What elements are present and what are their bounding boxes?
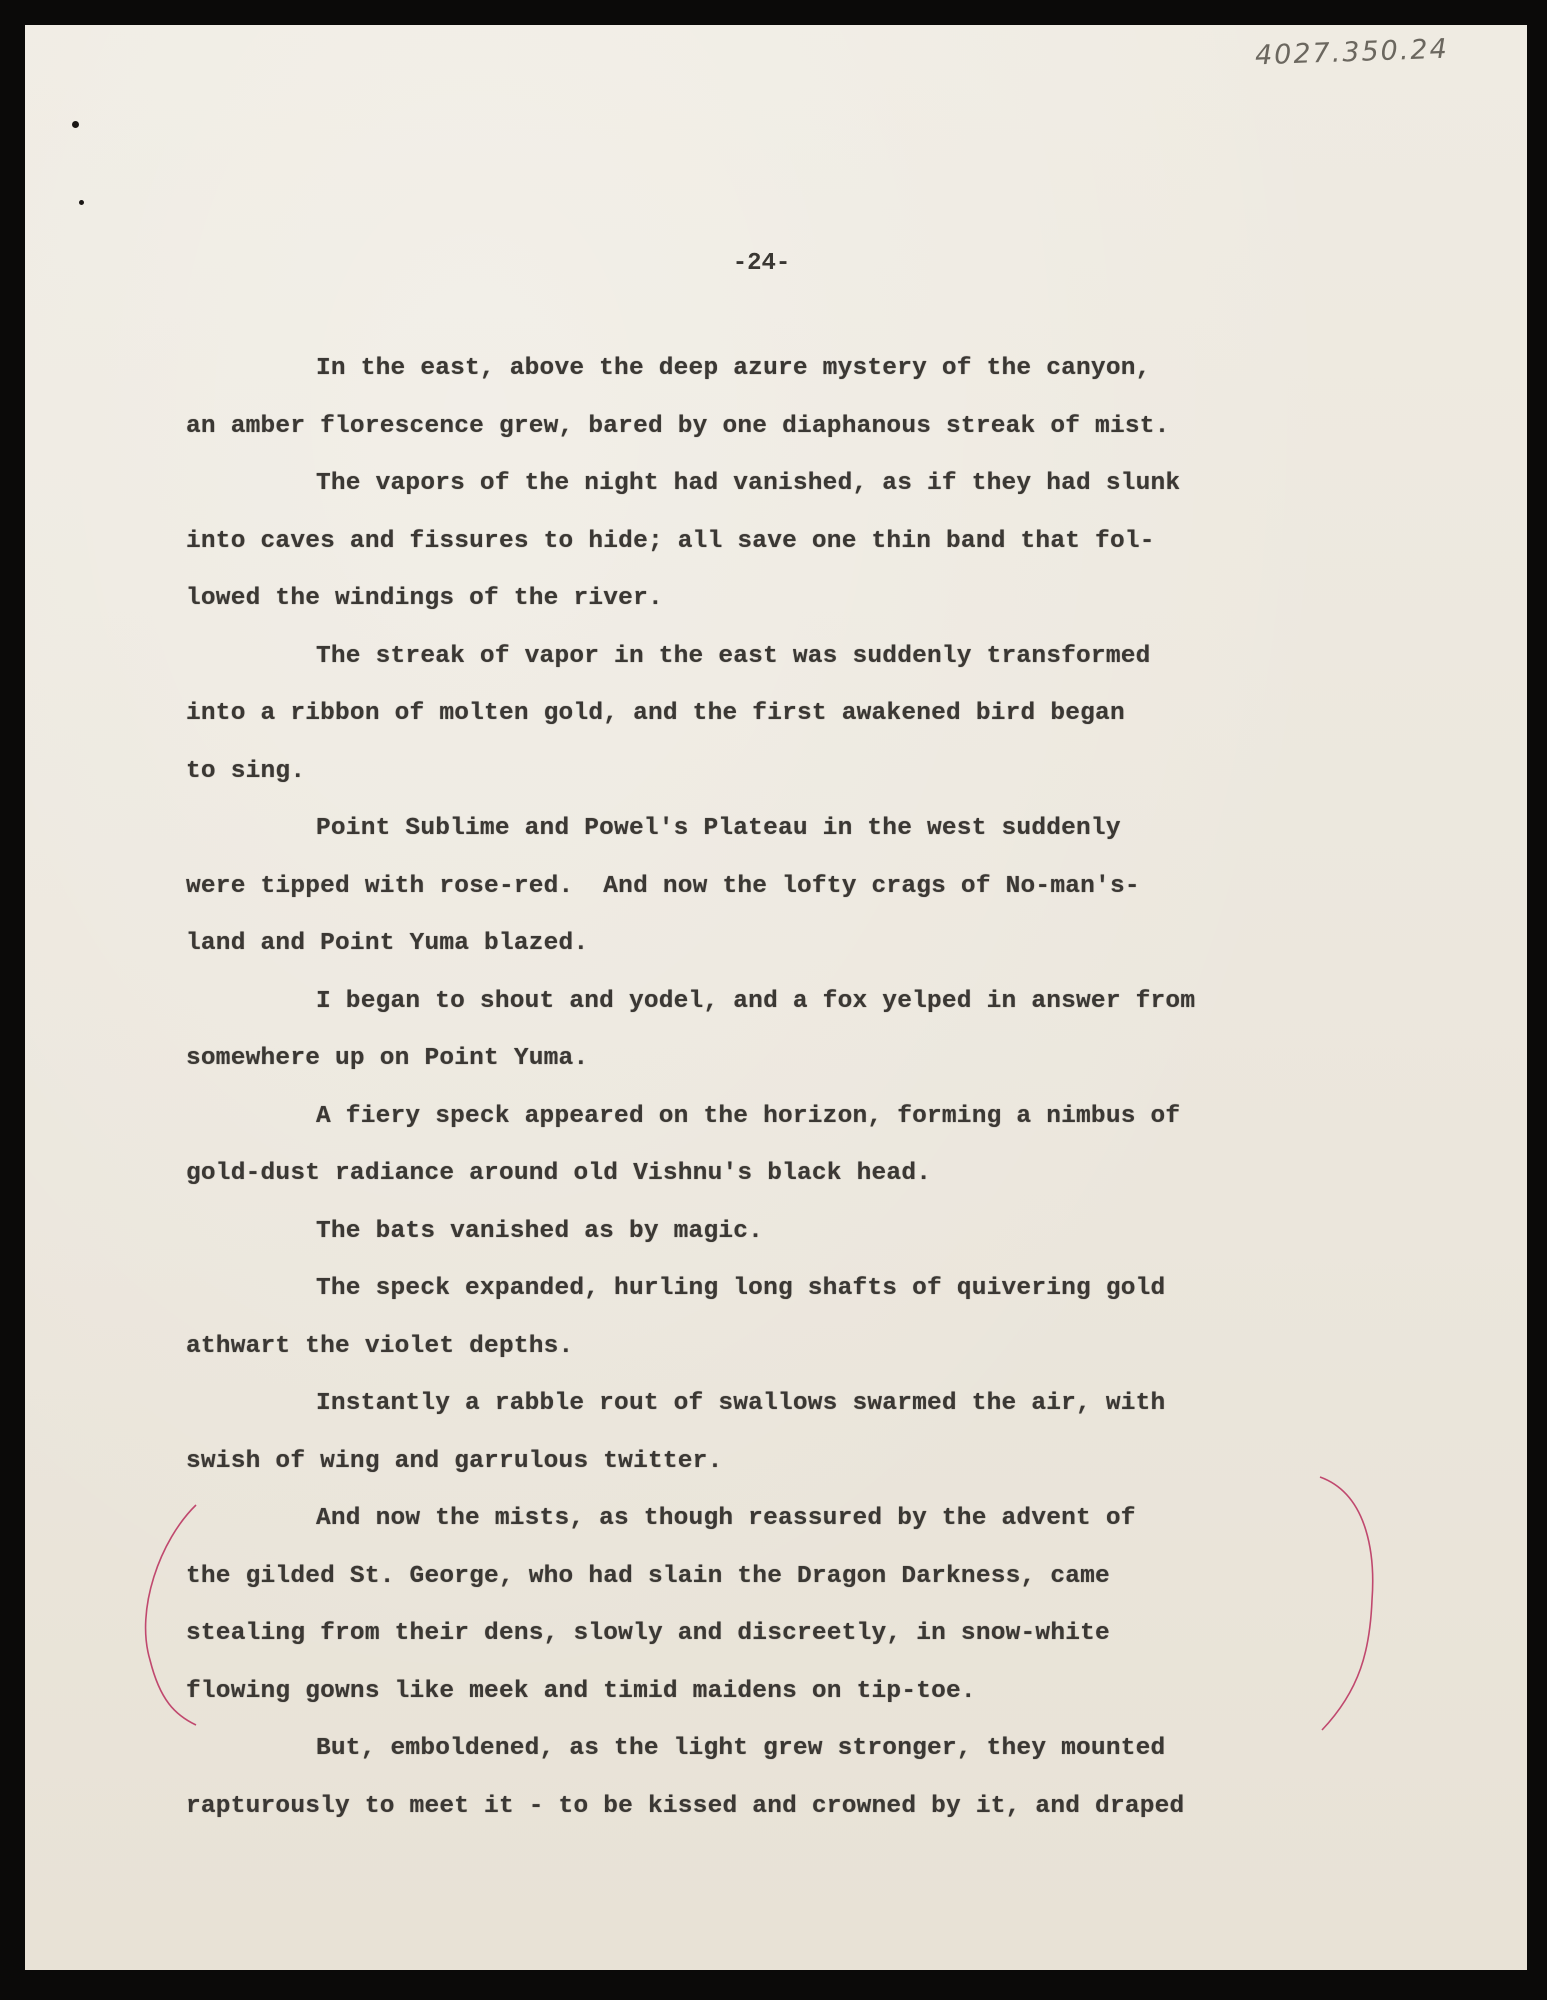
typed-line: into caves and fissures to hide; all sav… <box>186 513 1406 571</box>
typed-line: somewhere up on Point Yuma. <box>186 1030 1406 1088</box>
typed-line: gold-dust radiance around old Vishnu's b… <box>186 1145 1406 1203</box>
typed-line: A fiery speck appeared on the horizon, f… <box>186 1088 1406 1146</box>
typed-line: an amber florescence grew, bared by one … <box>186 398 1406 456</box>
punch-dot-mark <box>72 121 79 128</box>
typed-line: The streak of vapor in the east was sudd… <box>186 628 1406 686</box>
page-number: -24- <box>0 250 1535 277</box>
typed-line: stealing from their dens, slowly and dis… <box>186 1605 1406 1663</box>
typed-line: the gilded St. George, who had slain the… <box>186 1548 1406 1606</box>
typed-line: The speck expanded, hurling long shafts … <box>186 1260 1406 1318</box>
typed-line: lowed the windings of the river. <box>186 570 1406 628</box>
typed-line: into a ribbon of molten gold, and the fi… <box>186 685 1406 743</box>
typed-line: Point Sublime and Powel's Plateau in the… <box>186 800 1406 858</box>
typed-line: But, emboldened, as the light grew stron… <box>186 1720 1406 1778</box>
typed-line: were tipped with rose-red. And now the l… <box>186 858 1406 916</box>
typed-line: land and Point Yuma blazed. <box>186 915 1406 973</box>
typed-line: Instantly a rabble rout of swallows swar… <box>186 1375 1406 1433</box>
typed-body-text: In the east, above the deep azure myster… <box>186 340 1406 1835</box>
typed-line: The vapors of the night had vanished, as… <box>186 455 1406 513</box>
typed-line: swish of wing and garrulous twitter. <box>186 1433 1406 1491</box>
typed-line: The bats vanished as by magic. <box>186 1203 1406 1261</box>
typed-line: flowing gowns like meek and timid maiden… <box>186 1663 1406 1721</box>
typed-line: to sing. <box>186 743 1406 801</box>
typed-line: I began to shout and yodel, and a fox ye… <box>186 973 1406 1031</box>
punch-dot-mark <box>79 200 84 205</box>
typed-line: athwart the violet depths. <box>186 1318 1406 1376</box>
typed-line: And now the mists, as though reassured b… <box>186 1490 1406 1548</box>
typed-line: rapturously to meet it - to be kissed an… <box>186 1778 1406 1836</box>
typed-line: In the east, above the deep azure myster… <box>186 340 1406 398</box>
